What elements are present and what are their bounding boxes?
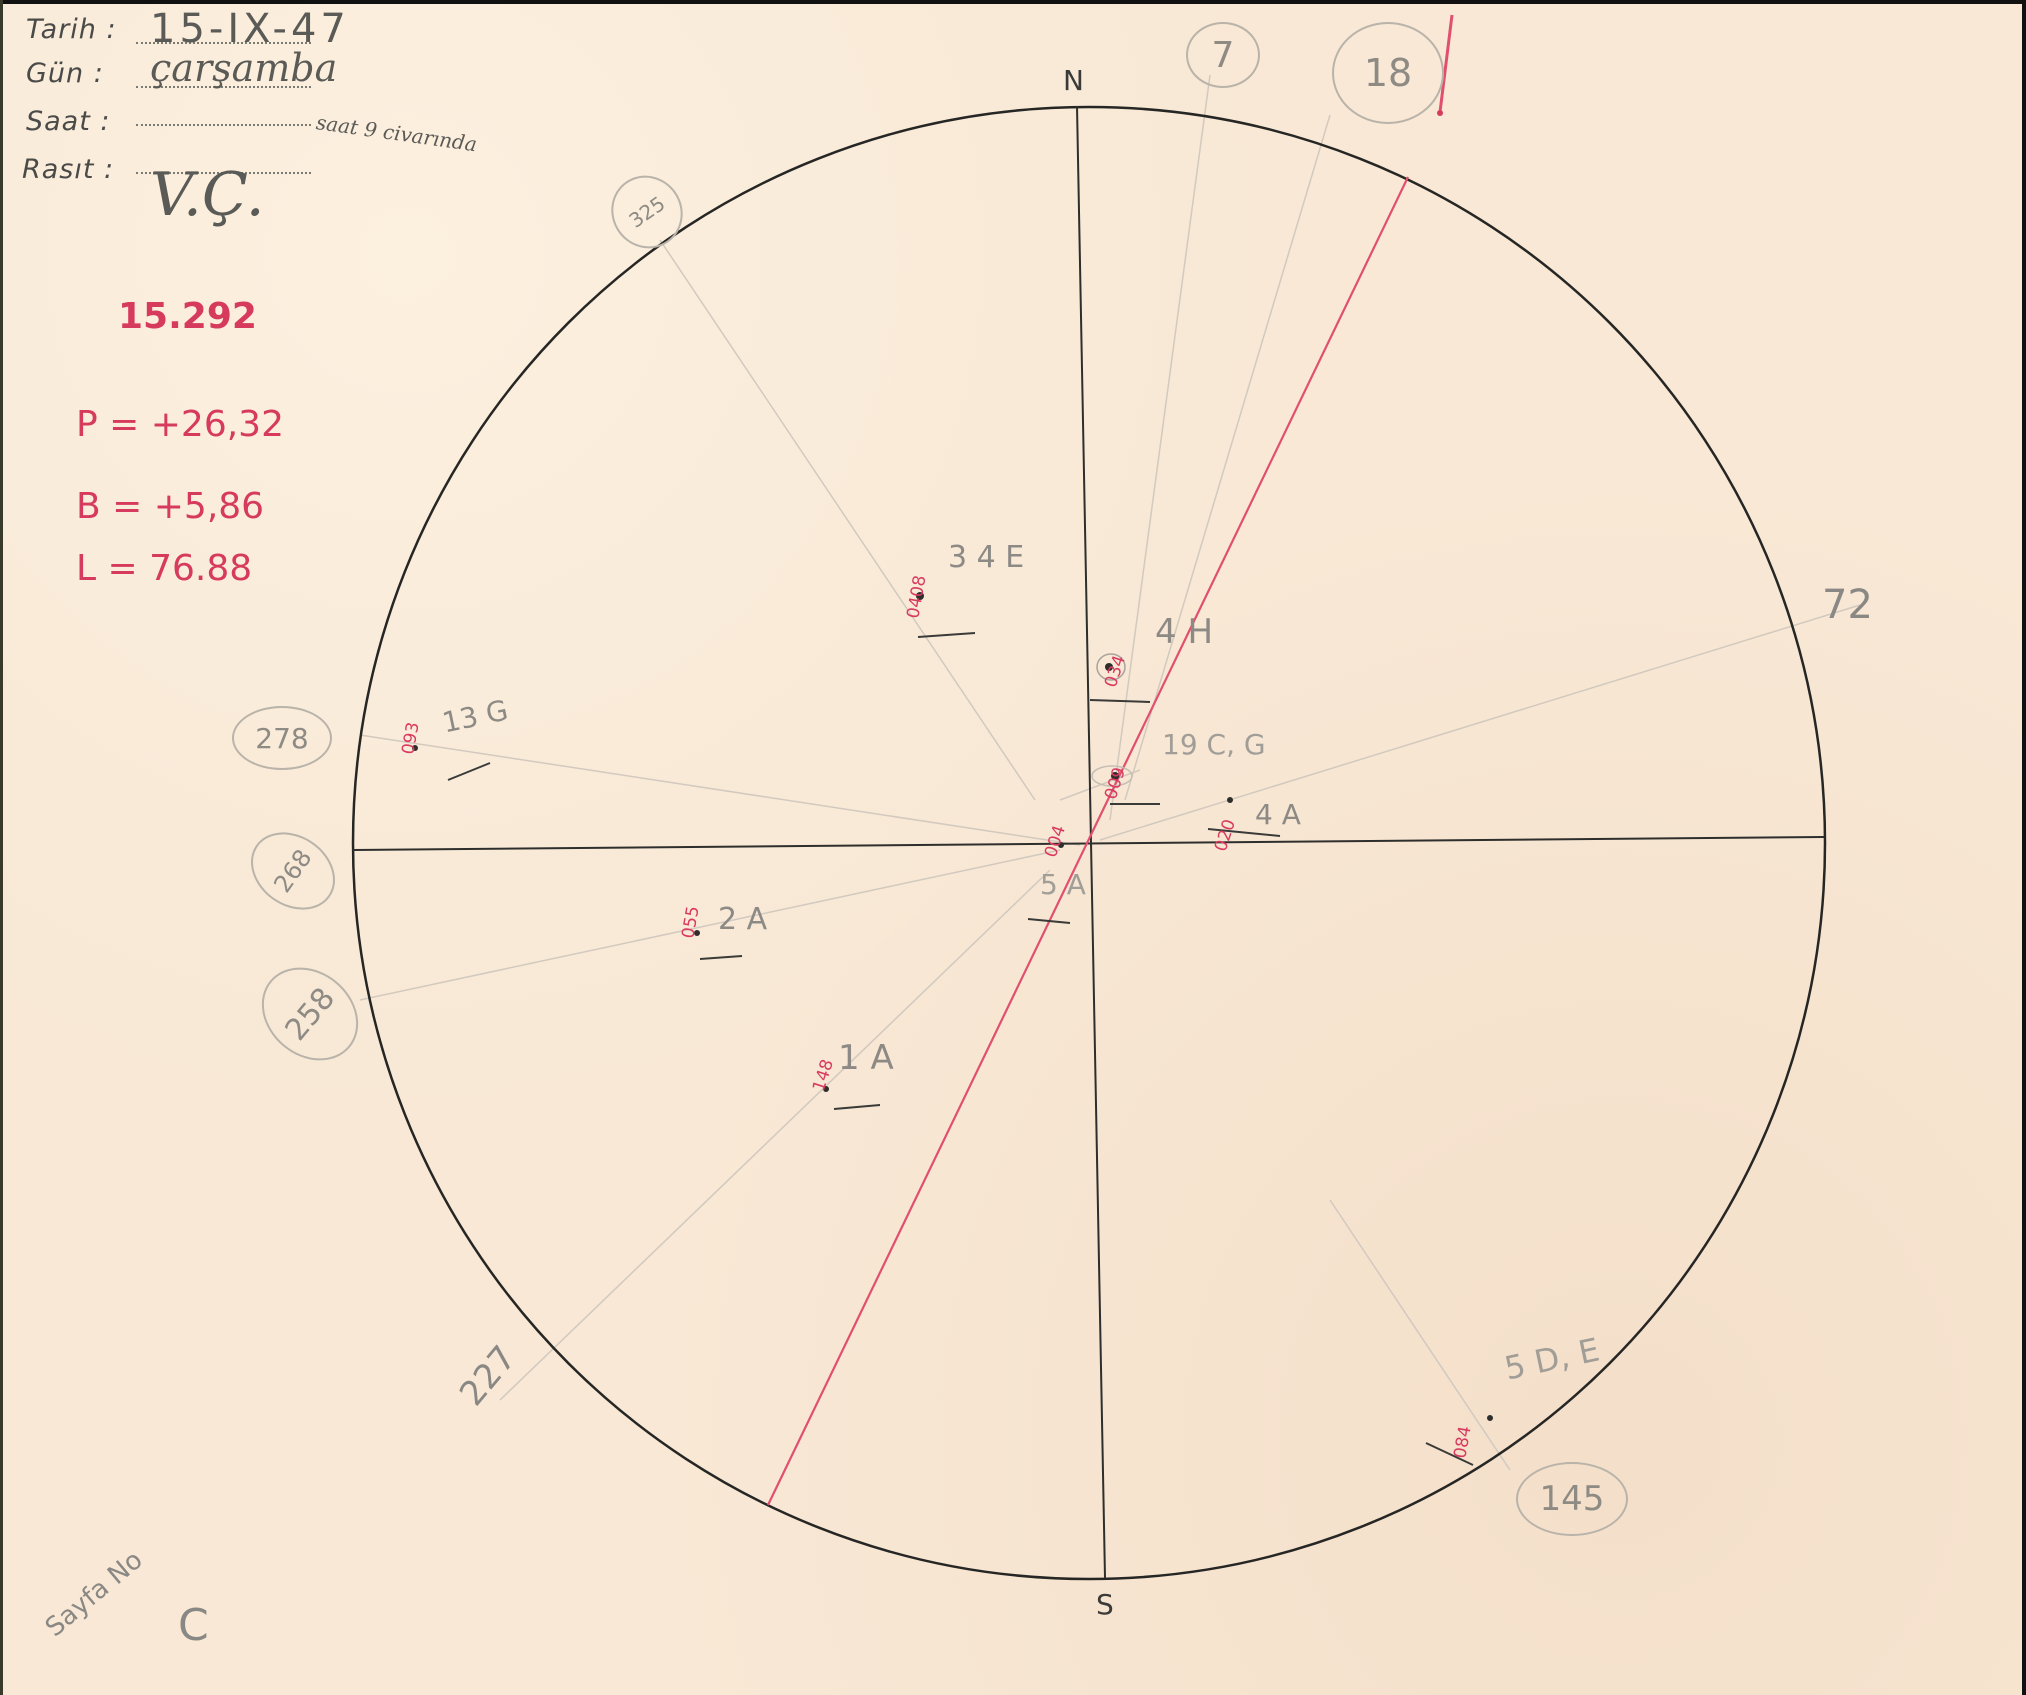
circled-number-325-text: 325 <box>624 191 669 233</box>
circled-number-145-text: 145 <box>1540 1479 1605 1519</box>
circled-number-7: 7 <box>1186 22 1260 88</box>
circled-number-258-text: 258 <box>278 981 342 1047</box>
group-label-1A: 1 A <box>838 1038 894 1078</box>
circled-number-268-text: 268 <box>268 844 317 898</box>
circled-number-145: 145 <box>1516 1462 1628 1536</box>
group-underlines <box>448 633 1473 1465</box>
group-label-5A: 5 A <box>1040 868 1086 901</box>
circled-number-278: 278 <box>232 706 332 770</box>
circled-number-278-text: 278 <box>255 722 308 755</box>
spot-markers <box>412 592 1493 1421</box>
north-south-axis <box>1077 106 1105 1578</box>
circled-number-7-text: 7 <box>1212 35 1235 76</box>
group-label-2A: 2 A <box>718 902 767 937</box>
group-label-4A: 4 A <box>1255 798 1301 831</box>
circled-number-18: 18 <box>1332 22 1444 124</box>
group-label-19CG: 19 C, G <box>1162 728 1266 761</box>
group-label-3-4E: 3 4 E <box>948 540 1024 575</box>
group-label-4H: 4 H <box>1155 612 1213 652</box>
circled-number-18-text: 18 <box>1364 51 1412 95</box>
south-label: S <box>1096 1588 1114 1621</box>
edge-number-72: 72 <box>1822 582 1873 628</box>
north-label: N <box>1063 64 1084 97</box>
page-number-value: C <box>178 1600 209 1651</box>
